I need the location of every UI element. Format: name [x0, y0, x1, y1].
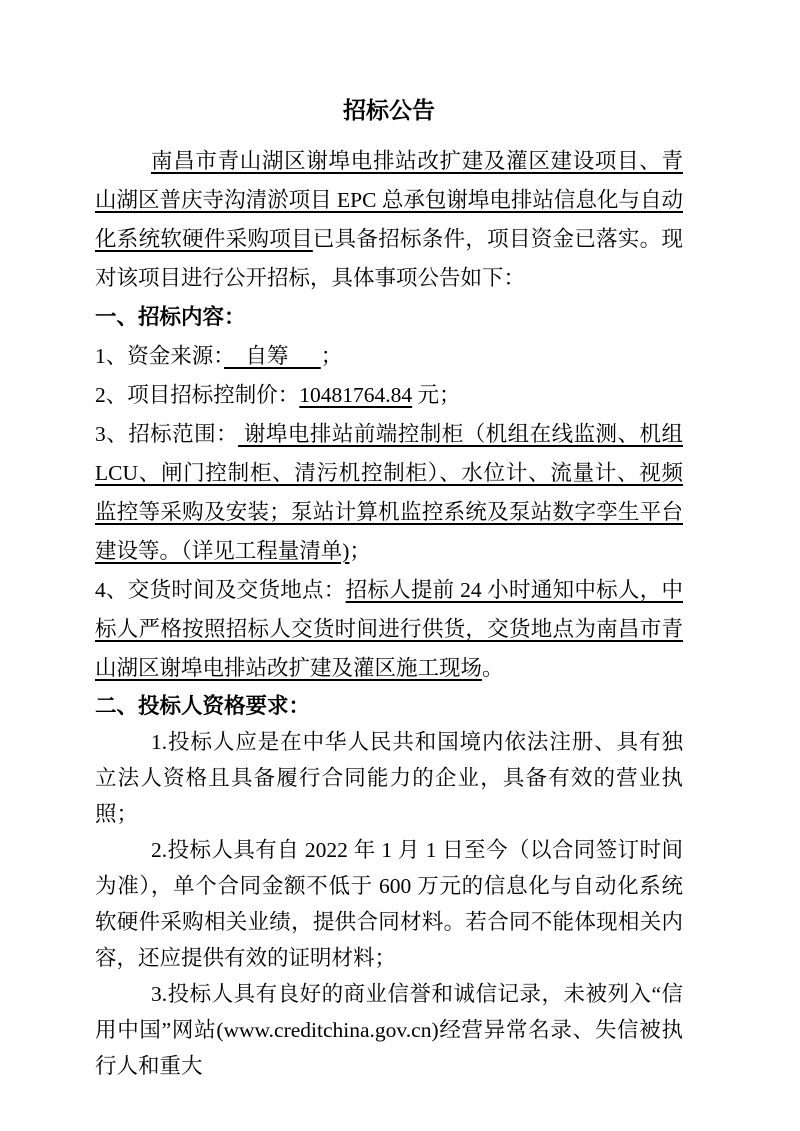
- text-run: 2.投标人具有自 2022 年 1 月 1 日至今（以合同签订时间为准），单个合…: [95, 838, 683, 970]
- text-run: 。: [482, 656, 504, 680]
- underlined-text-run: 10481764.84: [299, 383, 412, 407]
- text-run: 1.投标人应是在中华人民共和国境内依法注册、具有独立法人资格且具备履行合同能力的…: [95, 730, 683, 826]
- text-run: ；: [349, 539, 371, 563]
- qualification-1: 1.投标人应是在中华人民共和国境内依法注册、具有独立法人资格且具备履行合同能力的…: [95, 724, 683, 832]
- document-body: 南昌市青山湖区谢埠电排站改扩建及灌区建设项目、青山湖区普庆寺沟清淤项目 EPC …: [95, 142, 683, 1084]
- text-run: 元；: [412, 383, 460, 407]
- text-run: 1、资金来源：: [95, 344, 224, 368]
- item-funding-source: 1、资金来源： 自筹 ；: [95, 337, 683, 376]
- page-title: 招标公告: [95, 94, 683, 128]
- text-run: 二、投标人资格要求：: [95, 694, 310, 718]
- document-page: 招标公告 南昌市青山湖区谢埠电排站改扩建及灌区建设项目、青山湖区普庆寺沟清淤项目…: [0, 0, 800, 1131]
- section-1-heading: 一、招标内容：: [95, 298, 683, 337]
- text-run: 2、项目招标控制价：: [95, 383, 299, 407]
- item-delivery: 4、交货时间及交货地点：招标人提前 24 小时通知中标人，中标人严格按照招标人交…: [95, 571, 683, 688]
- section-2-heading: 二、投标人资格要求：: [95, 688, 683, 724]
- qualification-3: 3.投标人具有良好的商业信誉和诚信记录，未被列入“信用中国”网站(www.cre…: [95, 976, 683, 1084]
- qualification-2: 2.投标人具有自 2022 年 1 月 1 日至今（以合同签订时间为准），单个合…: [95, 832, 683, 976]
- text-run: 3.投标人具有良好的商业信誉和诚信记录，未被列入“信用中国”网站(www.cre…: [95, 982, 683, 1078]
- text-run: 3、招标范围：: [95, 422, 238, 446]
- item-control-price: 2、项目招标控制价：10481764.84 元；: [95, 376, 683, 415]
- item-bid-scope: 3、招标范围： 谢埠电排站前端控制柜（机组在线监测、机组 LCU、闸门控制柜、清…: [95, 415, 683, 571]
- intro-paragraph: 南昌市青山湖区谢埠电排站改扩建及灌区建设项目、青山湖区普庆寺沟清淤项目 EPC …: [95, 142, 683, 298]
- underlined-text-run: 自筹: [224, 344, 321, 368]
- text-run: ；: [321, 344, 343, 368]
- text-run: 4、交货时间及交货地点：: [95, 578, 346, 602]
- text-run: 一、招标内容：: [95, 305, 246, 329]
